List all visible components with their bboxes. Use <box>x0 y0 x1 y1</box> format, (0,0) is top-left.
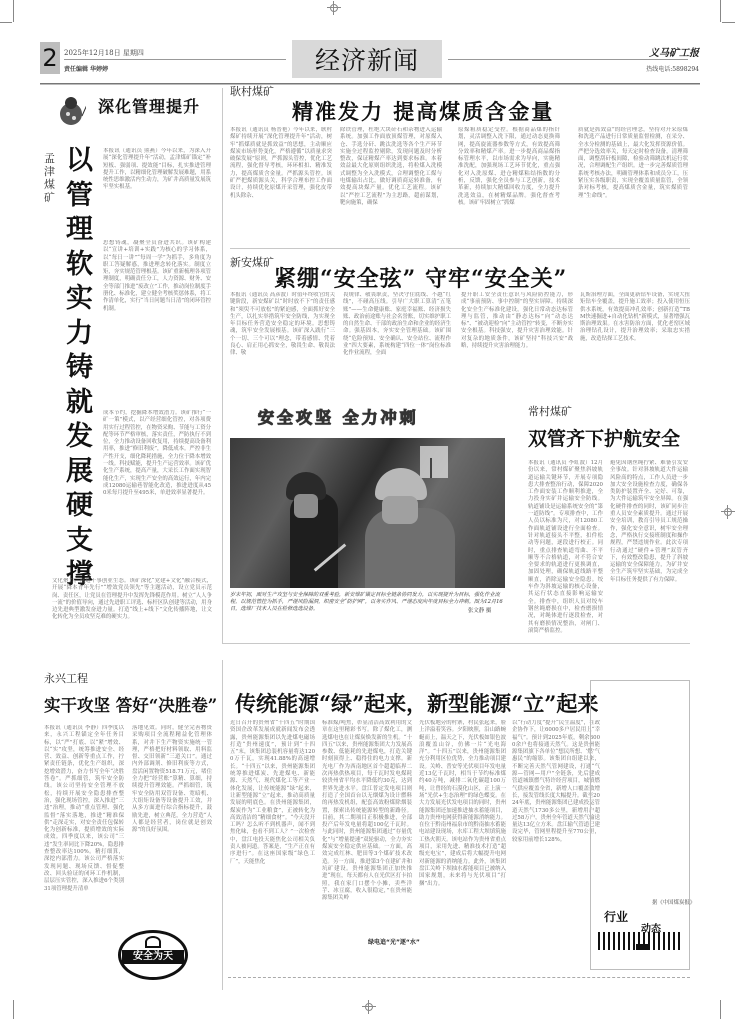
yongxing-col-2: 落地见效。同时，健全完善物资采购项目全流程精益化管理体系，对井下生产物资实施统一… <box>132 725 212 925</box>
registration-mark-right <box>721 505 735 519</box>
issue-date: 2025年12月18日 星期四 <box>64 48 144 58</box>
masthead-double-rule <box>40 83 700 85</box>
column-divider-left <box>222 88 223 643</box>
crop-mark-bottom-left <box>0 1000 14 1019</box>
feature-body-3: 文化聚力，营造干事创业生态。该矿深化“党建+文化”融合模式，开展“降本青年先行”… <box>52 578 212 636</box>
energy-subhead-2: 绿电追“光”逐“水” <box>368 937 420 946</box>
industry-news-box <box>590 680 690 970</box>
mine-label-gengcun: 耿村煤矿 <box>230 83 274 99</box>
masthead-rule-right <box>448 59 688 60</box>
energy-source: 据《中国煤炭报》 <box>652 898 695 906</box>
miners-photo <box>230 438 505 588</box>
gengcun-col-1: 本报讯（通讯员 杨普艳）今年以来，耿村煤矿持续开展“深化管理提升年”活动，树牢“… <box>230 127 332 211</box>
crop-mark-bottom-right <box>720 1000 735 1019</box>
safety-emblem: 安全为天 <box>118 930 188 980</box>
gengcun-headline: 精准发力 提高煤质含金量 <box>292 96 554 126</box>
crop-mark-top-left <box>0 0 14 22</box>
photo-credit: 张文静 摄 <box>468 606 491 614</box>
section-title: 经济新闻 <box>292 40 442 78</box>
crop-mark-top-left-h <box>0 22 12 23</box>
masthead-rule-left <box>64 59 286 60</box>
energy-bottom-rule <box>228 977 690 978</box>
yongxing-col-1: 本报讯（通讯员 李静）四季度以来，永兴工程锚定全年任务目标，以“严”打底、以“紧… <box>44 725 124 985</box>
crop-mark-top-right <box>720 0 735 22</box>
feature-headline: 以管理软实力铸就发展硬支撑 <box>66 144 96 593</box>
feature-lead: 本报讯（通讯员 熊燕）今年以来，为深入开展“深化管理提升年”活动，孟津煤矿锚定“… <box>103 148 211 238</box>
column-divider-bottom <box>222 660 223 990</box>
editor-credit: 责任编辑 华婷婷 <box>64 64 108 73</box>
mascot-emblem-icon <box>56 94 86 130</box>
paper-name: 义马矿工报 <box>649 44 699 59</box>
page-number: 2 <box>40 42 60 74</box>
safety-emblem-text: 安全为天 <box>122 950 184 964</box>
mine-label-xinan: 新安煤矿 <box>230 254 274 270</box>
divider-mid-page <box>222 643 690 644</box>
energy-headline: 传统能源“绿”起来，新型能源“立”起来 <box>235 688 598 718</box>
registration-mark-top <box>327 1 341 15</box>
feature-body-1: 思想铸魂，凝聚全员奋进共识。该矿构建以“宣讲+培训+实践”为核心的学习体系，以“… <box>103 240 211 410</box>
crop-mark-top-right-h <box>722 22 735 23</box>
feature-body-2: 成本节约，挖掘降本增效潜力。该矿推行“一矿一策”模式，以产经营细化管控，对各项费… <box>103 410 211 570</box>
hotline: 热线电话:5898294 <box>646 64 699 73</box>
xinan-headline: 紧绷“安全弦” 守牢“安全关” <box>274 262 567 293</box>
xinan-col-2: 畏规律、敬畏职责，坚决守住底线、不越“红线”，不碰高压线。引导广大职工算清“五笔… <box>343 292 451 358</box>
xinan-col-3: 提升职工安全责任意识与风险防控能力，形成“事前预防、事中控制”的坚实屏障。持续深… <box>461 292 573 358</box>
mine-label-changcun: 常村煤矿 <box>528 403 572 419</box>
yongxing-headline: 实干攻坚 答好“决胜卷” <box>44 692 217 716</box>
energy-col-4: 以“行动力度”提升“民生温度”，在政企协作下，让6000多户居民用上“幸福气”。… <box>512 720 600 935</box>
changcun-headline: 双管齐下护航安全 <box>528 424 680 451</box>
xinan-col-1: 本报讯（通讯员 高彦波）时值年终收官的关键阶段，新安煤矿以“时时放不下”的责任感… <box>230 292 335 358</box>
mine-label-mengjin: 孟津煤矿 <box>44 152 56 204</box>
xinan-col-4: 瓦斯治理方面，全面更新钻车设备，实现大扭矩钻车全覆盖，提升施工效率；投入使用恒压… <box>580 292 690 358</box>
mine-label-yongxing: 永兴工程 <box>44 670 88 686</box>
energy-col-2: 标准煤/吨焦，彰显清洁高效利用的文章在这里精彩书写。除了煤化工，测选煤电也在让煤… <box>322 720 412 935</box>
gengcun-col-3: 原煤粗质稳定受控。根据商品煤的指针划，灵活调整入洗下限，通过动态更换筛网，提高旋… <box>458 127 560 211</box>
changcun-col-2: 避免因钢丝绳拧紧、难备引发安全事故。针对斜坡轨道大件运输风险高的特点，工作人员进… <box>610 460 688 635</box>
eye-icon <box>145 936 161 948</box>
gengcun-col-4: 质就是抓效益”的经营理念，坚持对开采原煤和洗选产品进行日常质量监督检测，在采分、… <box>578 127 688 211</box>
energy-col-3: 光伏板地旁的村寨，村民张起来，脸上洋溢着笑容。夕阳映照，沿山路蜿蜒而上，温天之下… <box>419 720 506 935</box>
registration-mark-bottom <box>362 1000 376 1014</box>
feature-banner-reflection: 深化管理提升 <box>98 102 200 116</box>
divider-gengcun-xinan <box>230 248 690 249</box>
feature-banner: 深化管理提升 深化管理提升 <box>52 88 212 136</box>
photo-caption: 岁末年初，面对生产攻坚与安全保障的双重考验，新安煤矿锚定目标全链条协同发力，以实… <box>230 592 505 613</box>
changcun-col-1: 本报讯（通讯员 李虹波）12月份以来，常村煤矿聚焦斜坡轨道运输关键环节，开展专项… <box>528 460 603 635</box>
masthead: 2 2025年12月18日 星期四 责任编辑 华婷婷 经济新闻 义马矿工报 热线… <box>0 40 735 82</box>
industry-title-1: 行业 <box>604 908 628 925</box>
industry-barcode-block <box>636 944 650 950</box>
energy-col-1: 近日召开的贵州省“十四五”时期国资国企改革发展成就新闻发布会透露，贵州能源集团以… <box>230 720 315 935</box>
gengcun-col-2: 除铁管理，杜绝大块矸石和杂物进入运输系统。加强工作面放顶煤管理，对原煤入仓、手选… <box>340 127 442 211</box>
photo-title: 安全攻坚 全力冲刺 <box>258 405 419 428</box>
